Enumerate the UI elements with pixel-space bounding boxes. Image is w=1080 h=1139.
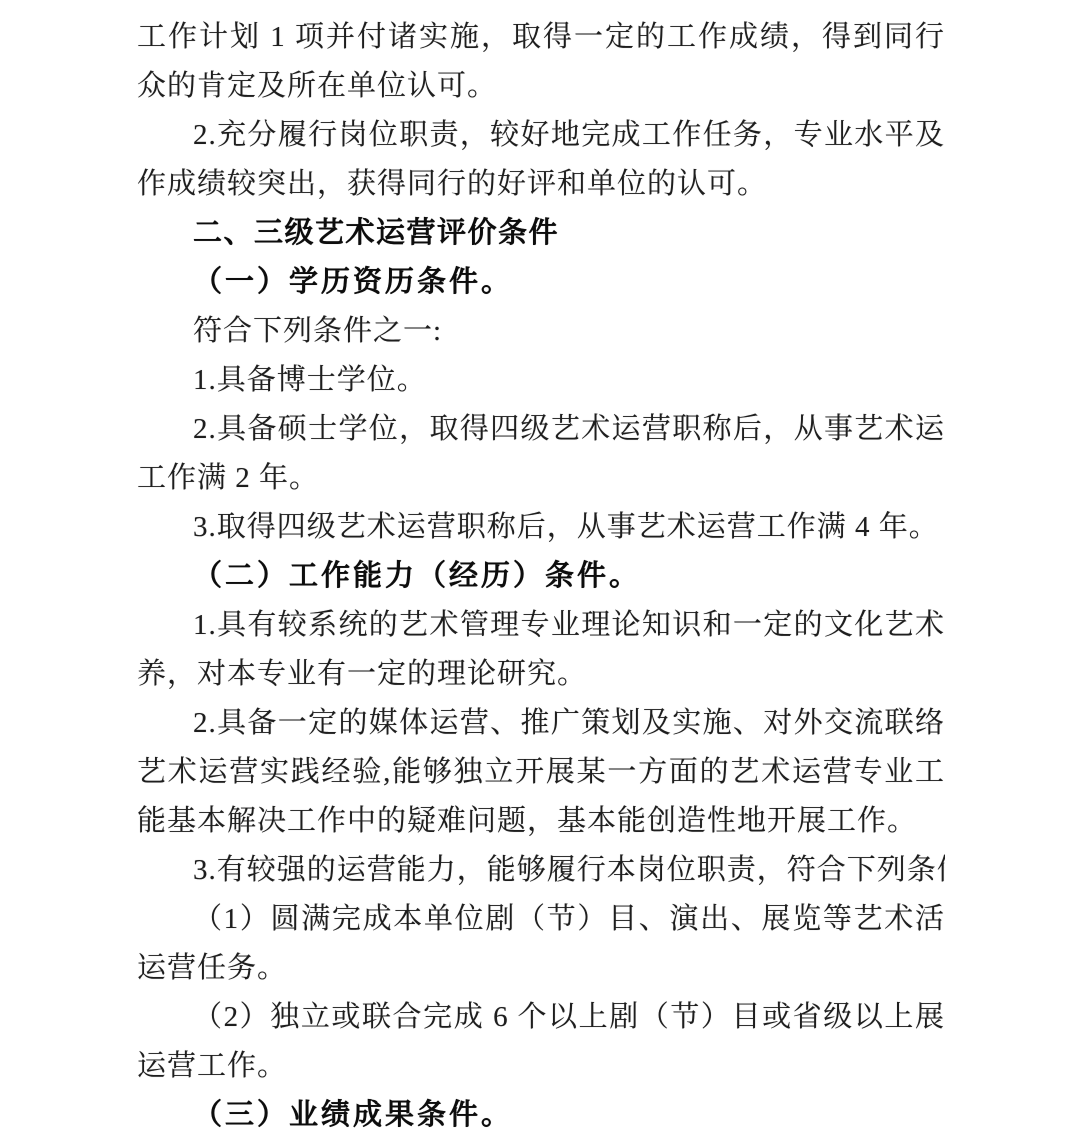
paragraph-line: 3.有较强的运营能力，能够履行本岗位职责，符合下列条件: — [137, 846, 945, 895]
paragraph-line: （2）独立或联合完成 6 个以上剧（节）目或省级以上展览的 — [137, 993, 945, 1042]
paragraph-line: 作成绩较突出，获得同行的好评和单位的认可。 — [137, 160, 945, 209]
paragraph-line: 2.具备硕士学位，取得四级艺术运营职称后，从事艺术运营 — [137, 405, 945, 454]
paragraph-line: 艺术运营实践经验,能够独立开展某一方面的艺术运营专业工作, — [137, 748, 945, 797]
paragraph-line: 工作计划 1 项并付诸实施，取得一定的工作成绩，得到同行或观 — [137, 13, 945, 62]
paragraph-line: 1.具有较系统的艺术管理专业理论知识和一定的文化艺术素 — [137, 601, 945, 650]
paragraph-line: 符合下列条件之一: — [137, 307, 945, 356]
section-heading: （三）业绩成果条件。 — [137, 1091, 945, 1139]
paragraph-line: 运营工作。 — [137, 1042, 945, 1091]
paragraph-line: （1）圆满完成本单位剧（节）目、演出、展览等艺术活动的 — [137, 895, 945, 944]
paragraph-line: 能基本解决工作中的疑难问题，基本能创造性地开展工作。 — [137, 797, 945, 846]
paragraph-line: 2.充分履行岗位职责，较好地完成工作任务，专业水平及工 — [137, 111, 945, 160]
paragraph-line: 众的肯定及所在单位认可。 — [137, 62, 945, 111]
section-heading: （二）工作能力（经历）条件。 — [137, 552, 945, 601]
section-heading: （一）学历资历条件。 — [137, 258, 945, 307]
paragraph-line: 运营任务。 — [137, 944, 945, 993]
paragraph-line: 2.具备一定的媒体运营、推广策划及实施、对外交流联络等 — [137, 699, 945, 748]
section-heading: 二、三级艺术运营评价条件 — [137, 209, 945, 258]
document-content: 工作计划 1 项并付诸实施，取得一定的工作成绩，得到同行或观众的肯定及所在单位认… — [137, 13, 945, 1139]
paragraph-line: 3.取得四级艺术运营职称后，从事艺术运营工作满 4 年。 — [137, 503, 945, 552]
document-page: 工作计划 1 项并付诸实施，取得一定的工作成绩，得到同行或观众的肯定及所在单位认… — [0, 0, 1080, 1139]
paragraph-line: 工作满 2 年。 — [137, 454, 945, 503]
paragraph-line: 1.具备博士学位。 — [137, 356, 945, 405]
paragraph-line: 养，对本专业有一定的理论研究。 — [137, 650, 945, 699]
